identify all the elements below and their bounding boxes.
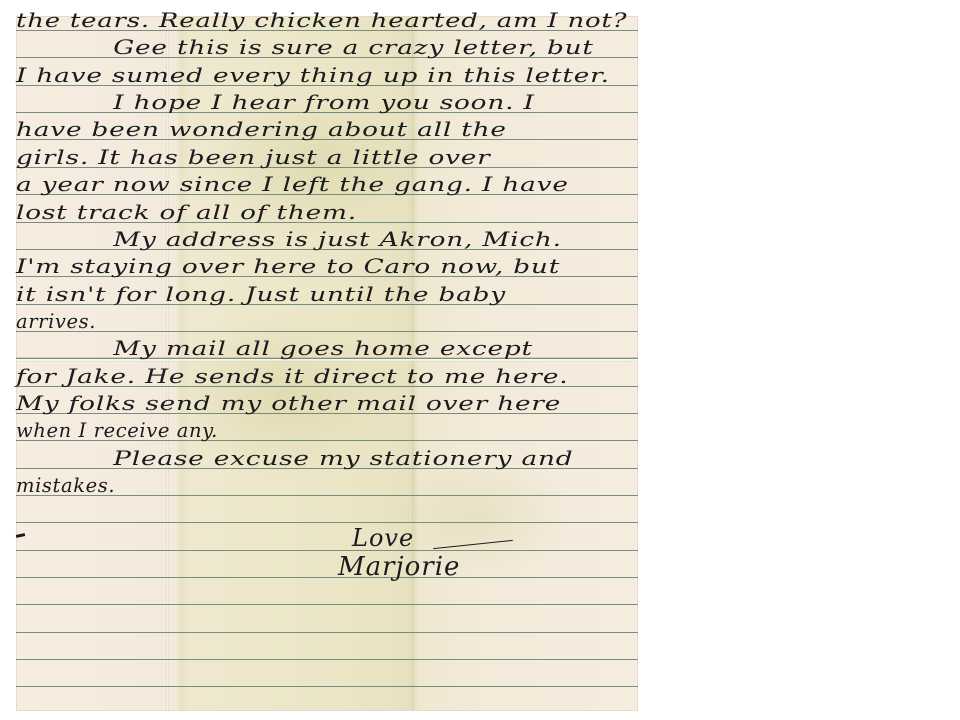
- ruled-line: [16, 331, 638, 332]
- ruled-line: [16, 686, 638, 687]
- letter-line: a year now since I left the gang. I have: [16, 172, 569, 198]
- ruled-line: [16, 550, 638, 551]
- letter-line: My mail all goes home except: [16, 336, 533, 362]
- letter-line: have been wondering about all the: [16, 117, 507, 143]
- letter-line: I hope I hear from you soon. I: [16, 90, 535, 116]
- letter-line: when I receive any.: [16, 418, 218, 444]
- signature-name: Marjorie: [338, 552, 460, 582]
- letter-line: Please excuse my stationery and: [16, 446, 573, 472]
- letter-page: the tears. Really chicken hearted, am I …: [16, 16, 638, 711]
- letter-line: I have sumed every thing up in this lett…: [16, 63, 610, 89]
- letter-line: the tears. Really chicken hearted, am I …: [16, 8, 627, 34]
- letter-line: arrives.: [16, 309, 96, 335]
- letter-line: for Jake. He sends it direct to me here.: [16, 364, 568, 390]
- letter-line: I'm staying over here to Caro now, but: [16, 254, 560, 280]
- ruled-line: [16, 604, 638, 605]
- letter-line: My folks send my other mail over here: [16, 391, 561, 417]
- ruled-line: [16, 577, 638, 578]
- ruled-line: [16, 659, 638, 660]
- letter-line: Gee this is sure a crazy letter, but: [16, 35, 594, 61]
- ink-mark: [16, 533, 25, 538]
- ruled-line: [16, 632, 638, 633]
- letter-line: lost track of all of them.: [16, 200, 357, 226]
- letter-line: it isn't for long. Just until the baby: [16, 282, 506, 308]
- letter-line: mistakes.: [16, 473, 115, 499]
- ruled-line: [16, 522, 638, 523]
- letter-line: girls. It has been just a little over: [16, 145, 491, 171]
- letter-line: My address is just Akron, Mich.: [16, 227, 562, 253]
- signature-block: Love Marjorie: [338, 524, 460, 582]
